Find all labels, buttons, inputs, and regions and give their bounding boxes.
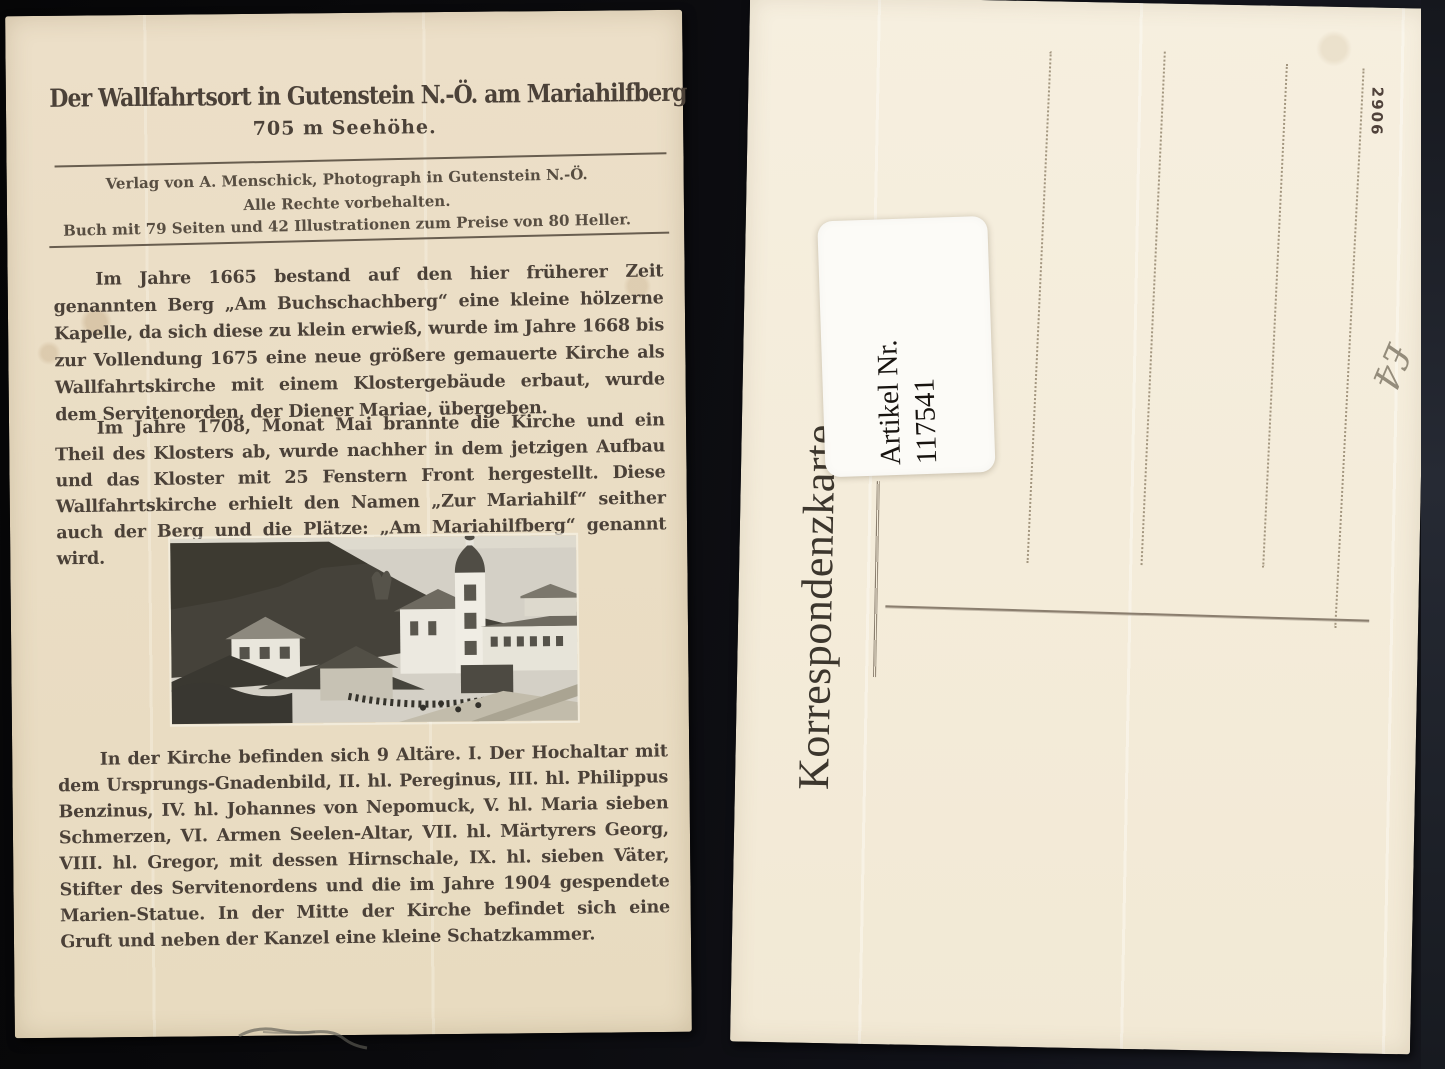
page-title-text: Der Wallfahrtsort in Gutenstein N.-Ö. am… — [49, 78, 686, 113]
pencil-smudge — [233, 1018, 373, 1054]
article-number-sticker: Artikel Nr. 117541 — [817, 216, 995, 477]
address-dotted-line-1 — [1027, 51, 1052, 563]
history-paragraph-1: Im Jahre 1665 bestand auf den hier frühe… — [53, 258, 665, 429]
church-photo — [170, 535, 578, 725]
address-dotted-line-2 — [1141, 52, 1166, 566]
postcard-front-card: Der Wallfahrtsort in Gutenstein N.-Ö. am… — [5, 10, 692, 1038]
article-number-value: 117541 — [904, 313, 945, 464]
article-number-caption: Artikel Nr. — [868, 315, 909, 466]
address-dotted-line-3 — [1262, 64, 1288, 568]
background-edge-band — [1421, 0, 1445, 1069]
print-series-number: 2906 — [1367, 82, 1386, 140]
page-title: Der Wallfahrtsort in Gutenstein N.-Ö. am… — [6, 78, 683, 113]
address-divider-line-horizontal — [885, 605, 1369, 621]
postcard-back-card: Korrespondenzkarte Artikel Nr. 117541 29… — [730, 0, 1430, 1054]
postcard-photo-scene: Der Wallfahrtsort in Gutenstein N.-Ö. am… — [0, 0, 1445, 1069]
subtitle-elevation: 705 m Seehöhe. — [6, 114, 683, 142]
altars-paragraph: In der Kirche befinden sich 9 Altäre. I.… — [58, 738, 671, 955]
address-divider-line-vertical — [873, 481, 880, 677]
handwritten-pencil-mark: £4 — [1346, 324, 1422, 403]
article-number-text: Artikel Nr. 117541 — [868, 313, 947, 465]
